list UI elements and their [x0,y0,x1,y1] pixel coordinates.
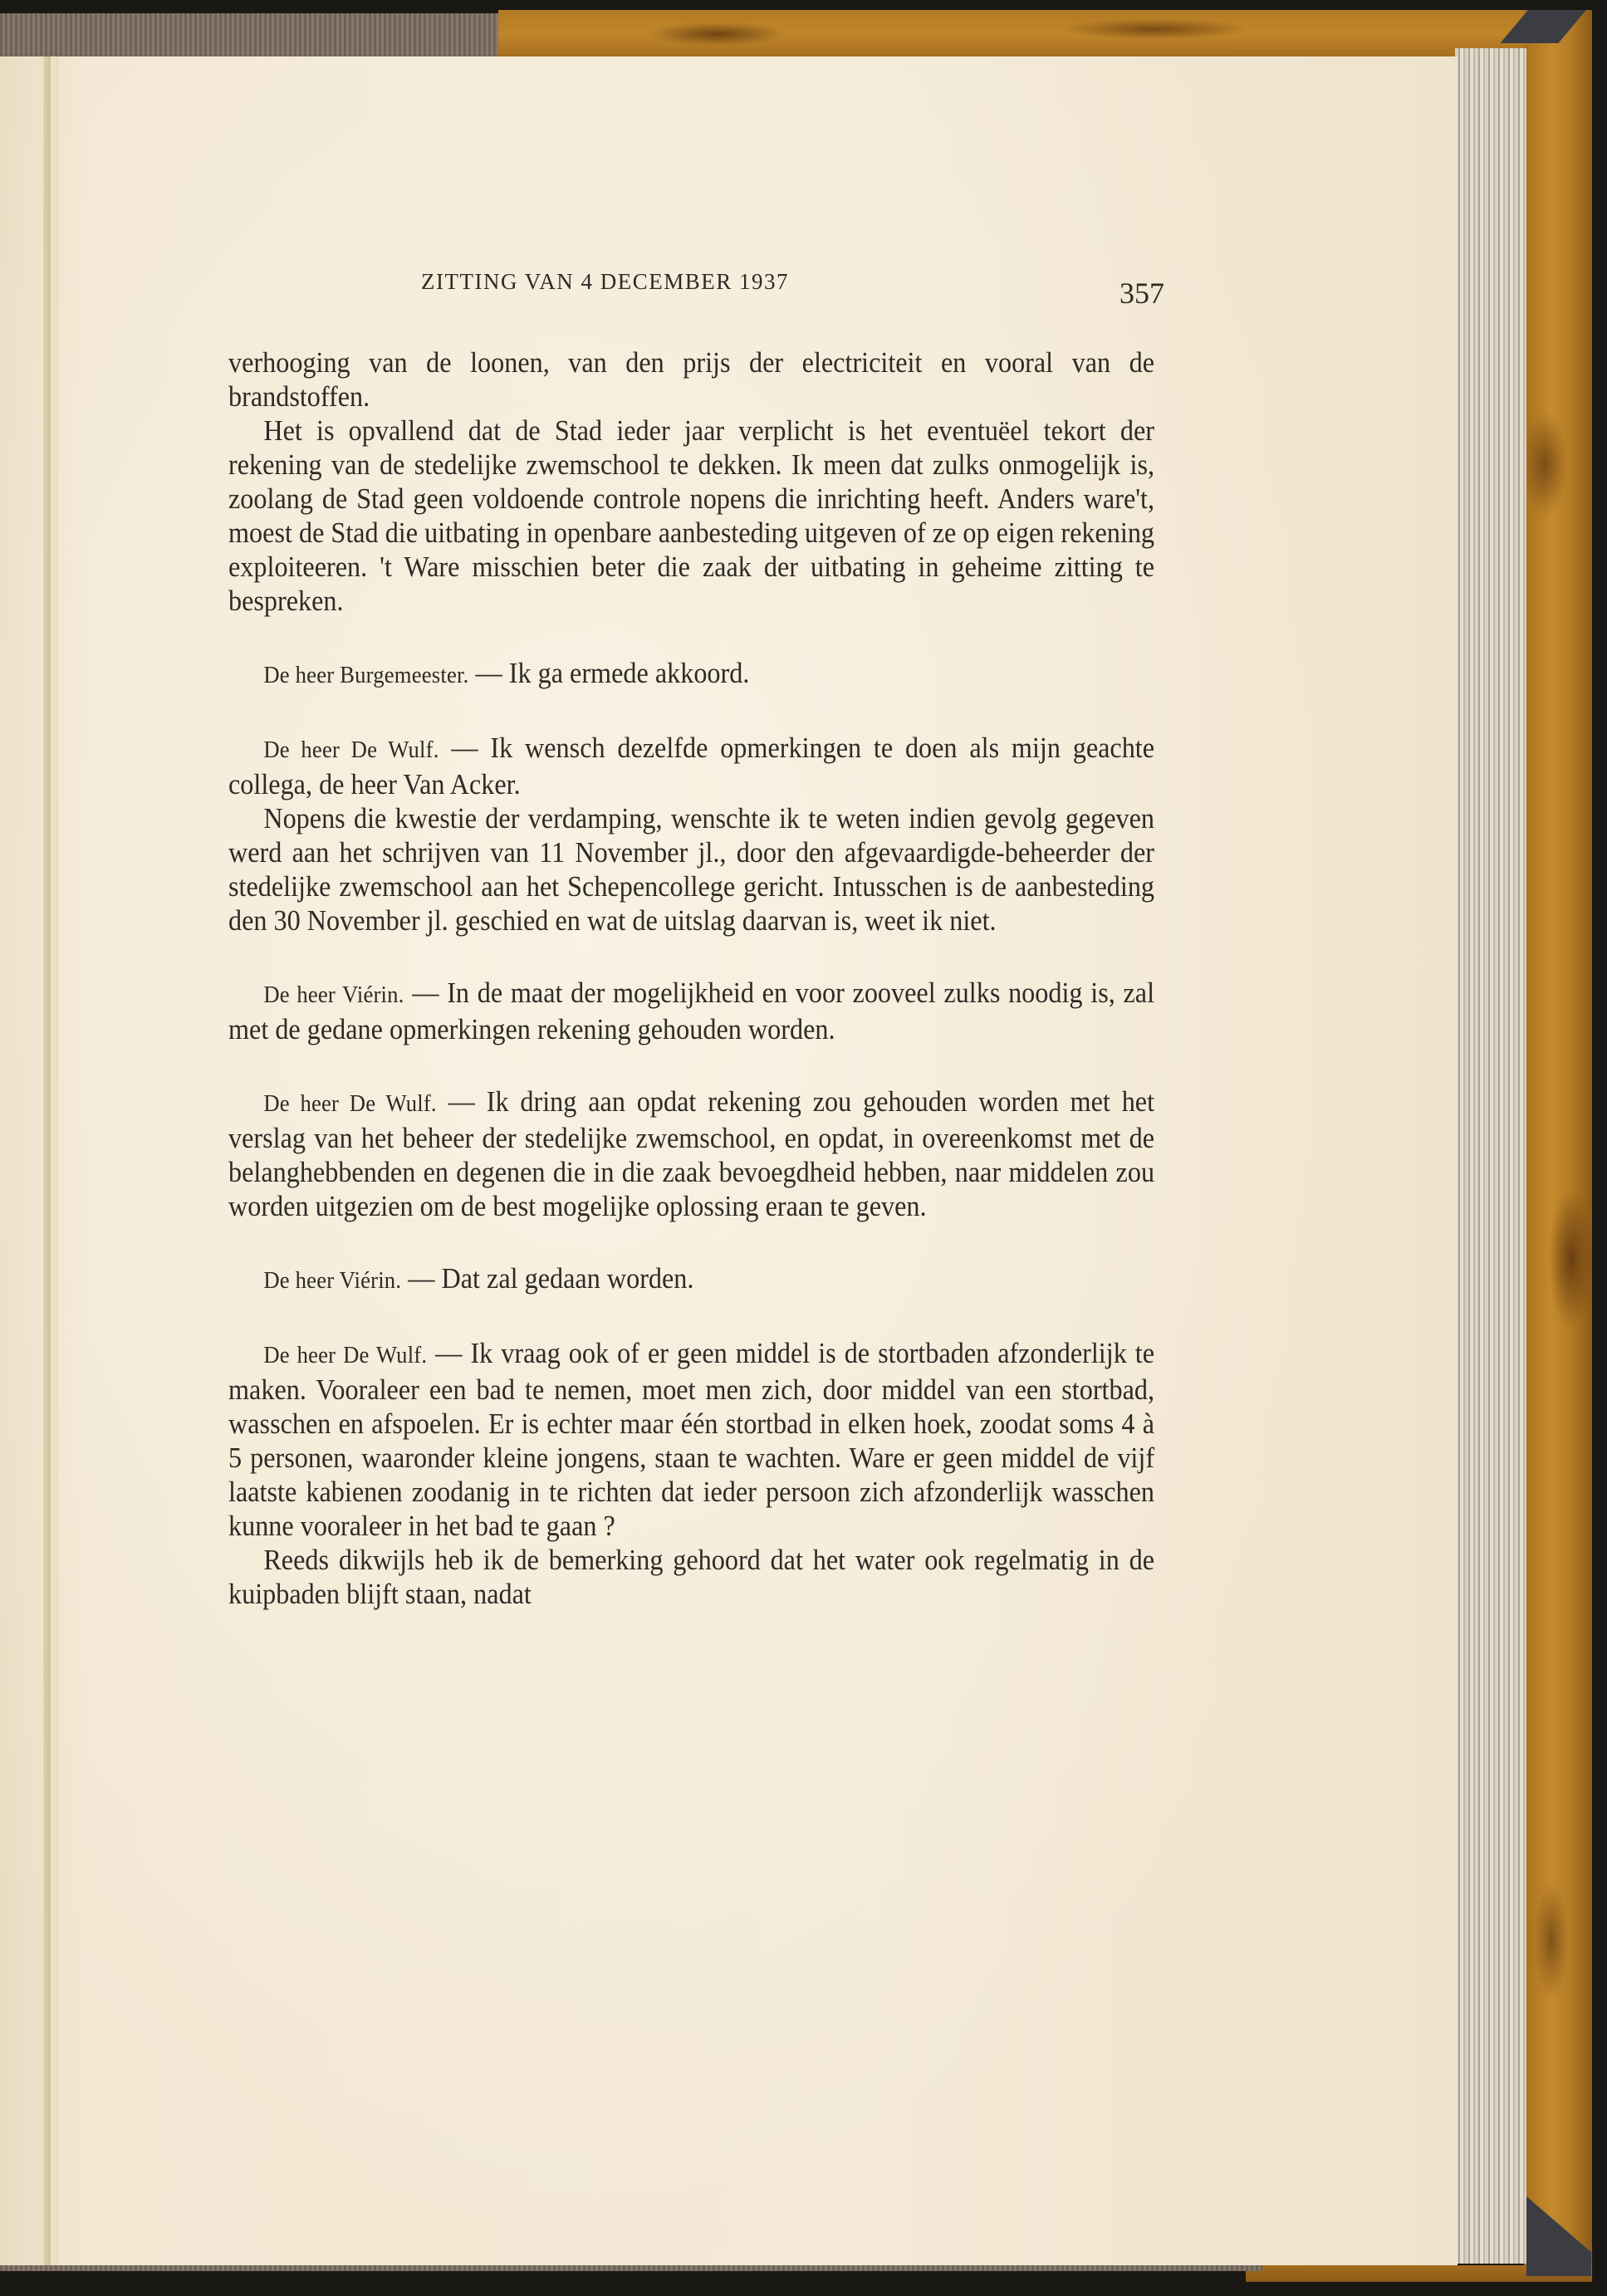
page-gutter-fold [43,56,58,2265]
speech-paragraph: De heer De Wulf. — Ik wensch dezelfde op… [228,731,1154,801]
leather-binding-right [1524,10,1592,2281]
paragraph: Het is opvallend dat de Stad ieder jaar … [228,414,1154,618]
speech-paragraph: De heer Burgemeester. — Ik ga ermede akk… [228,656,1154,693]
speaker-label: De heer De Wulf. [263,1090,436,1117]
cloth-binding-top [0,13,532,56]
paragraph-spacer [228,1298,1154,1336]
paragraph: Reeds dikwijls heb ik de bemerking gehoo… [228,1543,1154,1611]
speech-paragraph: De heer Viérin. — In de maat der mogelij… [228,976,1154,1046]
speaker-label: De heer De Wulf. [263,737,438,763]
page-stack-edge [1455,48,1526,2264]
paragraph-text: — Ik ga ermede akkoord. [475,657,749,689]
paragraph-spacer [228,1046,1154,1084]
page-text-block: ZITTING VAN 4 DECEMBER 1937 357 verhoogi… [228,267,1154,1611]
speech-paragraph: De heer De Wulf. — Ik dring aan opdat re… [228,1084,1154,1223]
speech-paragraph: De heer De Wulf. — Ik vraag ook of er ge… [228,1336,1154,1543]
leather-binding-top [498,10,1592,58]
paragraph-spacer [228,693,1154,731]
paragraph-text: verhooging van de loonen, van den prijs … [228,346,1154,413]
paragraph-spacer [228,937,1154,976]
page-number: 357 [1120,276,1164,311]
speaker-label: De heer De Wulf. [263,1342,427,1368]
paragraph-spacer [228,1223,1154,1261]
paragraph-text: Reeds dikwijls heb ik de bemerking gehoo… [228,1544,1154,1610]
paragraph: Nopens die kwestie der verdamping, wensc… [228,801,1154,937]
paragraph: verhooging van de loonen, van den prijs … [228,345,1154,414]
speaker-label: De heer Viérin. [263,1267,401,1294]
paragraph-text: Nopens die kwestie der verdamping, wensc… [228,802,1154,937]
running-head-title: ZITTING VAN 4 DECEMBER 1937 [421,269,789,295]
speaker-label: De heer Burgemeester. [263,662,468,688]
running-head: ZITTING VAN 4 DECEMBER 1937 357 [228,267,1154,317]
paragraph-spacer [228,618,1154,656]
speaker-label: De heer Viérin. [263,982,404,1008]
paragraph-text: Het is opvallend dat de Stad ieder jaar … [228,414,1154,617]
paragraph-text: — Dat zal gedaan worden. [408,1262,693,1295]
speech-paragraph: De heer Viérin. — Dat zal gedaan worden. [228,1261,1154,1298]
